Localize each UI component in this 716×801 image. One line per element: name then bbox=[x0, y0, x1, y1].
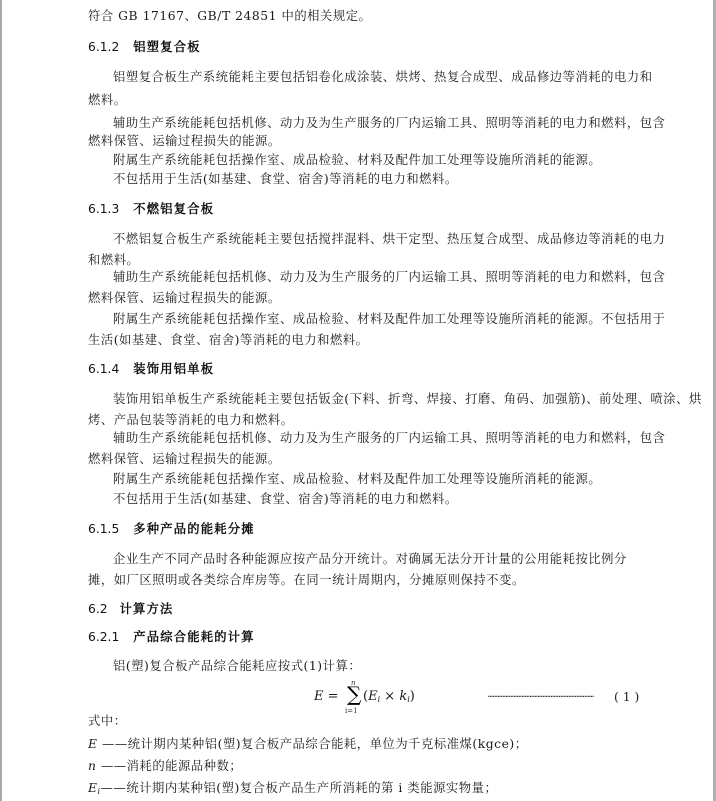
leader-dots: ………………………………………………………… bbox=[488, 690, 614, 702]
section-title: 计算方法 bbox=[120, 602, 174, 616]
section-heading-6-1-4: 6.1.4装饰用铝单板 bbox=[88, 361, 214, 377]
section-number: 6.2.1 bbox=[88, 629, 119, 645]
summation-icon: ∑ bbox=[347, 684, 361, 704]
section-heading-6-2-1: 6.2.1产品综合能耗的计算 bbox=[88, 629, 255, 645]
paragraph-line: 铝(塑)复合板产品综合能耗应按式(1)计算： bbox=[113, 658, 639, 674]
paragraph-line: 生活(如基建、食堂、宿舍)等消耗的电力和燃料。 bbox=[88, 332, 639, 348]
definition-dash: —— bbox=[98, 737, 128, 751]
section-heading-6-1-5: 6.1.5多种产品的能耗分摊 bbox=[88, 521, 255, 537]
paragraph-line: 装饰用铝单板生产系统能耗主要包括钣金(下料、折弯、焊接、打磨、角码、加强筋)、前… bbox=[113, 391, 639, 407]
definition-text: 消耗的能源品种数； bbox=[127, 759, 243, 773]
definition-text: 统计期内某种铝(塑)复合板产品综合能耗，单位为千克标准煤(kgce)； bbox=[128, 737, 528, 751]
definition-symbol: E bbox=[88, 781, 98, 795]
section-number: 6.1.4 bbox=[88, 361, 119, 377]
definition-dash: —— bbox=[101, 781, 127, 795]
section-heading-6-2: 6.2计算方法 bbox=[88, 601, 174, 617]
section-title: 铝塑复合板 bbox=[133, 40, 201, 54]
intro-text: 符合 GB 17167、GB/T 24851 中的相关规定。 bbox=[88, 8, 639, 24]
section-heading-6-1-3: 6.1.3不燃铝复合板 bbox=[88, 201, 214, 217]
paragraph-line: 燃料保管、运输过程损失的能源。 bbox=[88, 133, 639, 149]
paragraph-line: 企业生产不同产品时各种能源应按产品分开统计。对确属无法分开计量的公用能耗按比例分 bbox=[113, 551, 639, 567]
document-page: 符合 GB 17167、GB/T 24851 中的相关规定。 6.1.2铝塑复合… bbox=[0, 0, 716, 801]
paragraph-line: 不包括用于生活(如基建、食堂、宿舍)等消耗的电力和燃料。 bbox=[113, 491, 639, 507]
symbol-E: E bbox=[314, 689, 324, 704]
section-title: 不燃铝复合板 bbox=[133, 202, 214, 216]
section-number: 6.1.3 bbox=[88, 201, 119, 217]
definition-Ei: Ei——统计期内某种铝(塑)复合板产品生产所消耗的第 i 类能源实物量； bbox=[88, 780, 639, 796]
section-title: 装饰用铝单板 bbox=[133, 362, 214, 376]
section-number: 6.2 bbox=[88, 601, 108, 617]
equation-body: (Ei × ki) bbox=[363, 689, 415, 704]
symbol-Ei: E bbox=[368, 689, 378, 704]
paragraph-line: 辅助生产系统能耗包括机修、动力及为生产服务的厂内运输工具、照明等消耗的电力和燃料… bbox=[113, 269, 639, 285]
section-number: 6.1.5 bbox=[88, 521, 119, 537]
times-sign: × bbox=[384, 689, 395, 704]
paragraph-line: 附属生产系统能耗包括操作室、成品检验、材料及配件加工处理等设施所消耗的能源。不包… bbox=[113, 311, 639, 327]
section-heading-6-1-2: 6.1.2铝塑复合板 bbox=[88, 39, 201, 55]
paragraph-line: 附属生产系统能耗包括操作室、成品检验、材料及配件加工处理等设施所消耗的能源。 bbox=[113, 471, 639, 487]
paragraph-line: 辅助生产系统能耗包括机修、动力及为生产服务的厂内运输工具、照明等消耗的电力和燃料… bbox=[113, 430, 639, 446]
definition-dash: —— bbox=[96, 759, 126, 773]
paren-close: ) bbox=[410, 689, 415, 704]
paragraph-line: 燃料保管、运输过程损失的能源。 bbox=[88, 451, 639, 467]
definition-symbol: E bbox=[88, 737, 98, 751]
paragraph-line: 摊，如厂区照明或各类综合库房等。在同一统计周期内，分摊原则保持不变。 bbox=[88, 572, 639, 588]
paragraph-line: 辅助生产系统能耗包括机修、动力及为生产服务的厂内运输工具、照明等消耗的电力和燃料… bbox=[113, 115, 639, 131]
paragraph-line: 燃料。 bbox=[88, 92, 639, 108]
subscript-i: i bbox=[378, 695, 381, 704]
paragraph-line: 铝塑复合板生产系统能耗主要包括铝卷化成涂装、烘烤、热复合成型、成品修边等消耗的电… bbox=[113, 69, 639, 85]
equation-lhs: E = bbox=[314, 689, 339, 704]
paragraph-line: 附属生产系统能耗包括操作室、成品检验、材料及配件加工处理等设施所消耗的能源。 bbox=[113, 152, 639, 168]
section-title: 多种产品的能耗分摊 bbox=[133, 522, 254, 536]
paragraph-line: 和燃料。 bbox=[88, 252, 639, 268]
equation-number: ( 1 ) bbox=[614, 690, 639, 704]
paragraph-line: 不燃铝复合板生产系统能耗主要包括搅拌混料、烘干定型、热压复合成型、成品修边等消耗… bbox=[113, 231, 639, 247]
section-title: 产品综合能耗的计算 bbox=[133, 630, 254, 644]
paragraph-line: 不包括用于生活(如基建、食堂、宿舍)等消耗的电力和燃料。 bbox=[113, 171, 639, 187]
definition-text: 统计期内某种铝(塑)复合板产品生产所消耗的第 i 类能源实物量； bbox=[126, 781, 497, 795]
paragraph-line: 烤、产品包装等消耗的电力和燃料。 bbox=[88, 412, 639, 428]
section-number: 6.1.2 bbox=[88, 39, 119, 55]
where-label: 式中： bbox=[88, 713, 639, 729]
definition-E: E ——统计期内某种铝(塑)复合板产品综合能耗，单位为千克标准煤(kgce)； bbox=[88, 736, 639, 752]
paragraph-line: 燃料保管、运输过程损失的能源。 bbox=[88, 290, 639, 306]
equals-sign: = bbox=[328, 689, 339, 704]
definition-n: n ——消耗的能源品种数； bbox=[88, 758, 639, 774]
